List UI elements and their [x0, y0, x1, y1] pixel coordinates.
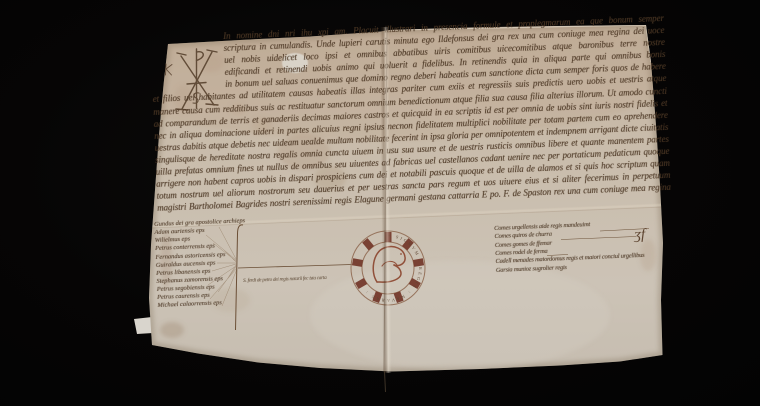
edge-repair-tab	[134, 317, 153, 334]
photograph-of-medieval-charter: + SIGNVM : REGIS : NAVARRE : In nomine d…	[0, 0, 760, 406]
abrasion-patch	[282, 53, 308, 73]
parchment-artwork: + SIGNVM : REGIS : NAVARRE :	[0, 0, 760, 406]
